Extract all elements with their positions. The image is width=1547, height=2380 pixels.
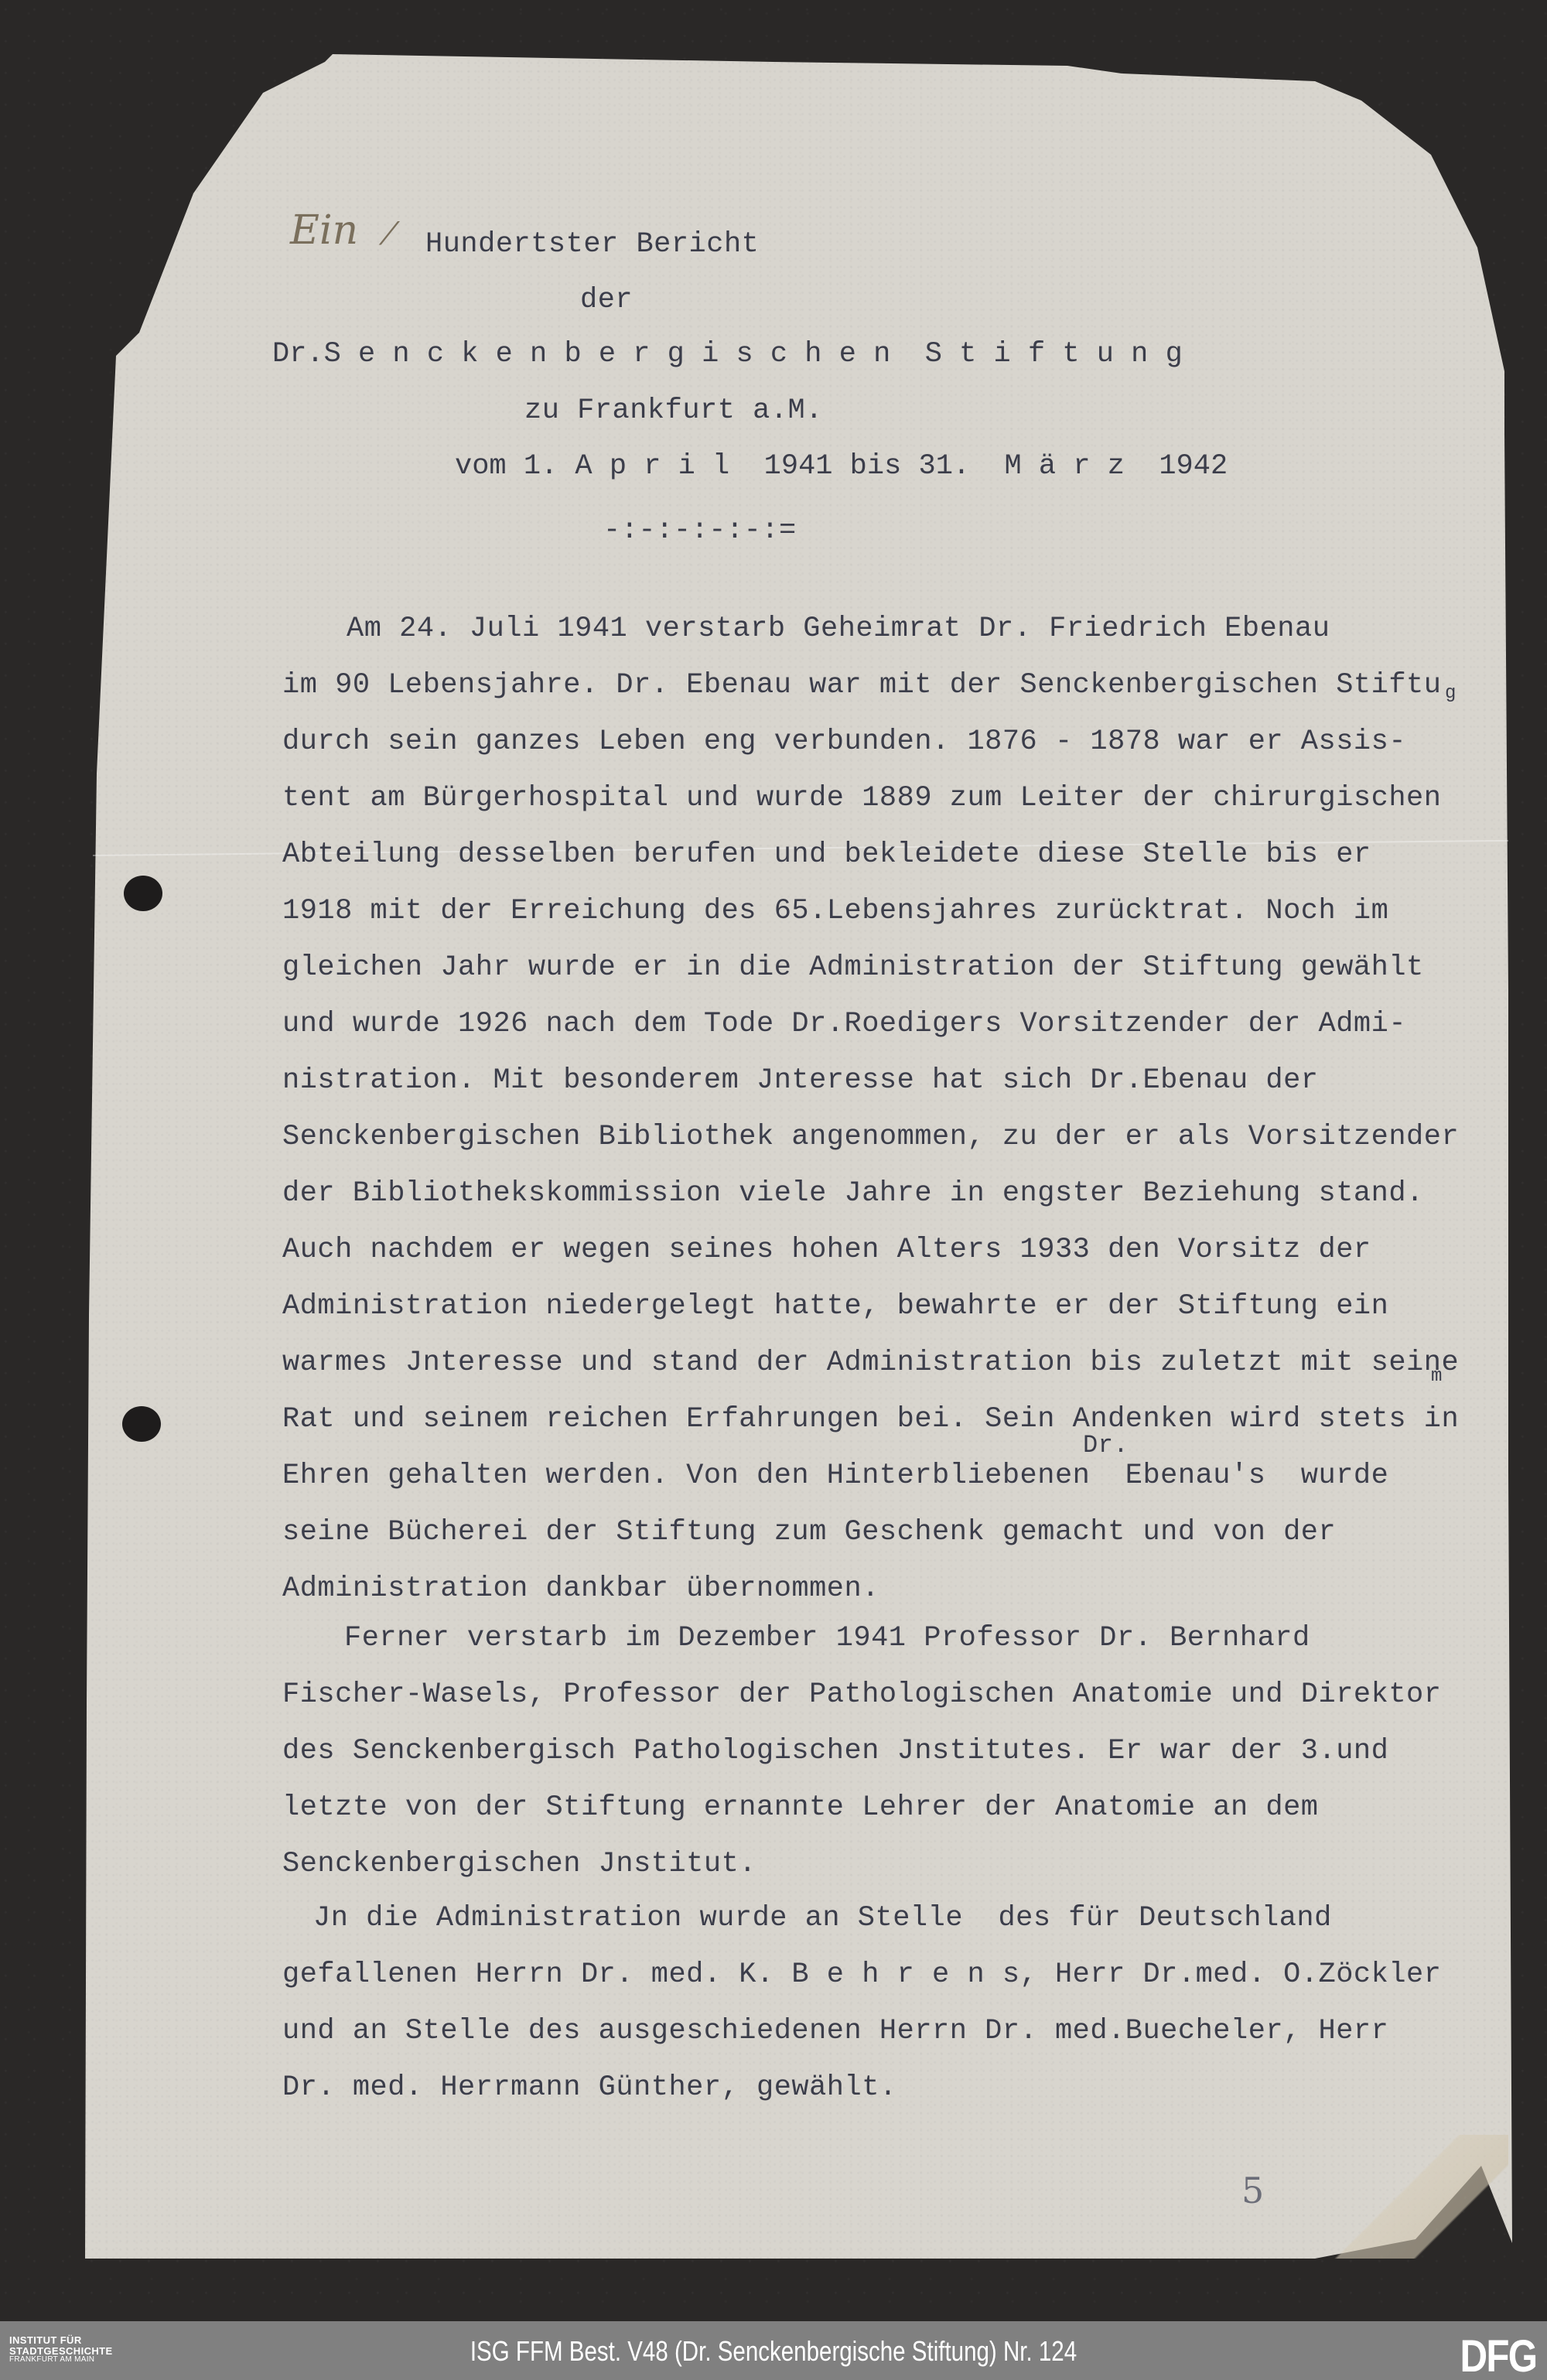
punch-hole-bottom: [122, 1406, 161, 1442]
body-line: Fischer-Wasels, Professor der Pathologis…: [282, 1681, 1441, 1709]
title-line-4: zu Frankfurt a.M.: [524, 397, 823, 425]
body-line: nistration. Mit besonderem Jnteresse hat…: [282, 1067, 1319, 1095]
body-line: und wurde 1926 nach dem Tode Dr.Roediger…: [282, 1010, 1406, 1039]
body-line: gefallenen Herrn Dr. med. K. B e h r e n…: [282, 1961, 1441, 1989]
body-line: im 90 Lebensjahre. Dr. Ebenau war mit de…: [282, 671, 1441, 700]
title-line-2: der: [580, 286, 633, 315]
body-line: seine Bücherei der Stiftung zum Geschenk…: [282, 1518, 1336, 1547]
folded-corner: [1315, 2135, 1508, 2259]
handwritten-stroke: ⁄: [387, 217, 392, 252]
body-line: Auch nachdem er wegen seines hohen Alter…: [282, 1236, 1371, 1265]
punch-hole-top: [124, 876, 162, 911]
body-line: Administration dankbar übernommen.: [282, 1575, 879, 1603]
body-line: warmes Jnteresse und stand der Administr…: [282, 1349, 1459, 1378]
title-line-5: vom 1. A p r i l 1941 bis 31. M ä r z 19…: [455, 452, 1228, 481]
body-line: Senckenbergischen Jnstitut.: [282, 1850, 756, 1879]
body-line: Am 24. Juli 1941 verstarb Geheimrat Dr. …: [347, 615, 1330, 644]
title-separator: -:-:-:-:-:=: [603, 517, 797, 545]
archive-footer-bar: INSTITUT FÜR STADTGESCHICHTE FRANKFURT A…: [0, 2321, 1547, 2380]
isg-logo-line-1: INSTITUT FÜR: [9, 2335, 113, 2346]
isg-logo-line-3: FRANKFURT AM MAIN: [9, 2356, 113, 2365]
body-line: Administration niedergelegt hatte, bewah…: [282, 1292, 1388, 1321]
body-line: Senckenbergischen Bibliothek angenommen,…: [282, 1123, 1459, 1152]
body-line: Dr. med. Herrmann Günther, gewählt.: [282, 2074, 897, 2102]
title-line-1: Hundertster Bericht: [425, 230, 759, 259]
body-line: tent am Bürgerhospital und wurde 1889 zu…: [282, 784, 1441, 813]
body-line: Jn die Administration wurde an Stelle de…: [313, 1904, 1332, 1933]
body-line: Rat und seinem reichen Erfahrungen bei. …: [282, 1405, 1459, 1434]
handwritten-insert: Dr.: [1083, 1433, 1129, 1458]
body-line: 1918 mit der Erreichung des 65.Lebensjah…: [282, 897, 1388, 926]
archive-signature-caption: ISG FFM Best. V48 (Dr. Senckenbergische …: [139, 2335, 1408, 2368]
body-line: Ehren gehalten werden. Von den Hinterbli…: [282, 1462, 1388, 1490]
body-line: Abteilung desselben berufen und bekleide…: [282, 841, 1371, 869]
dfg-logo: DFG: [1460, 2330, 1536, 2380]
overstrike-letter: g: [1445, 685, 1457, 703]
body-line: des Senckenbergisch Pathologischen Jnsti…: [282, 1737, 1388, 1766]
body-line: Ferner verstarb im Dezember 1941 Profess…: [344, 1624, 1310, 1653]
pencil-page-mark: 5: [1241, 2170, 1264, 2211]
body-line: gleichen Jahr wurde er in die Administra…: [282, 954, 1424, 982]
handwritten-prefix: Ein: [290, 207, 358, 254]
body-line: durch sein ganzes Leben eng verbunden. 1…: [282, 728, 1406, 756]
body-line: letzte von der Stiftung ernannte Lehrer …: [282, 1794, 1319, 1822]
isg-logo: INSTITUT FÜR STADTGESCHICHTE FRANKFURT A…: [9, 2335, 113, 2365]
body-line: der Bibliothekskommission viele Jahre in…: [282, 1180, 1424, 1208]
body-line: und an Stelle des ausgeschiedenen Herrn …: [282, 2017, 1388, 2046]
title-line-3: Dr.S e n c k e n b e r g i s c h e n S t…: [272, 340, 1183, 369]
isg-logo-line-2: STADTGESCHICHTE: [9, 2346, 113, 2357]
overstrike-letter: m: [1431, 1368, 1443, 1386]
